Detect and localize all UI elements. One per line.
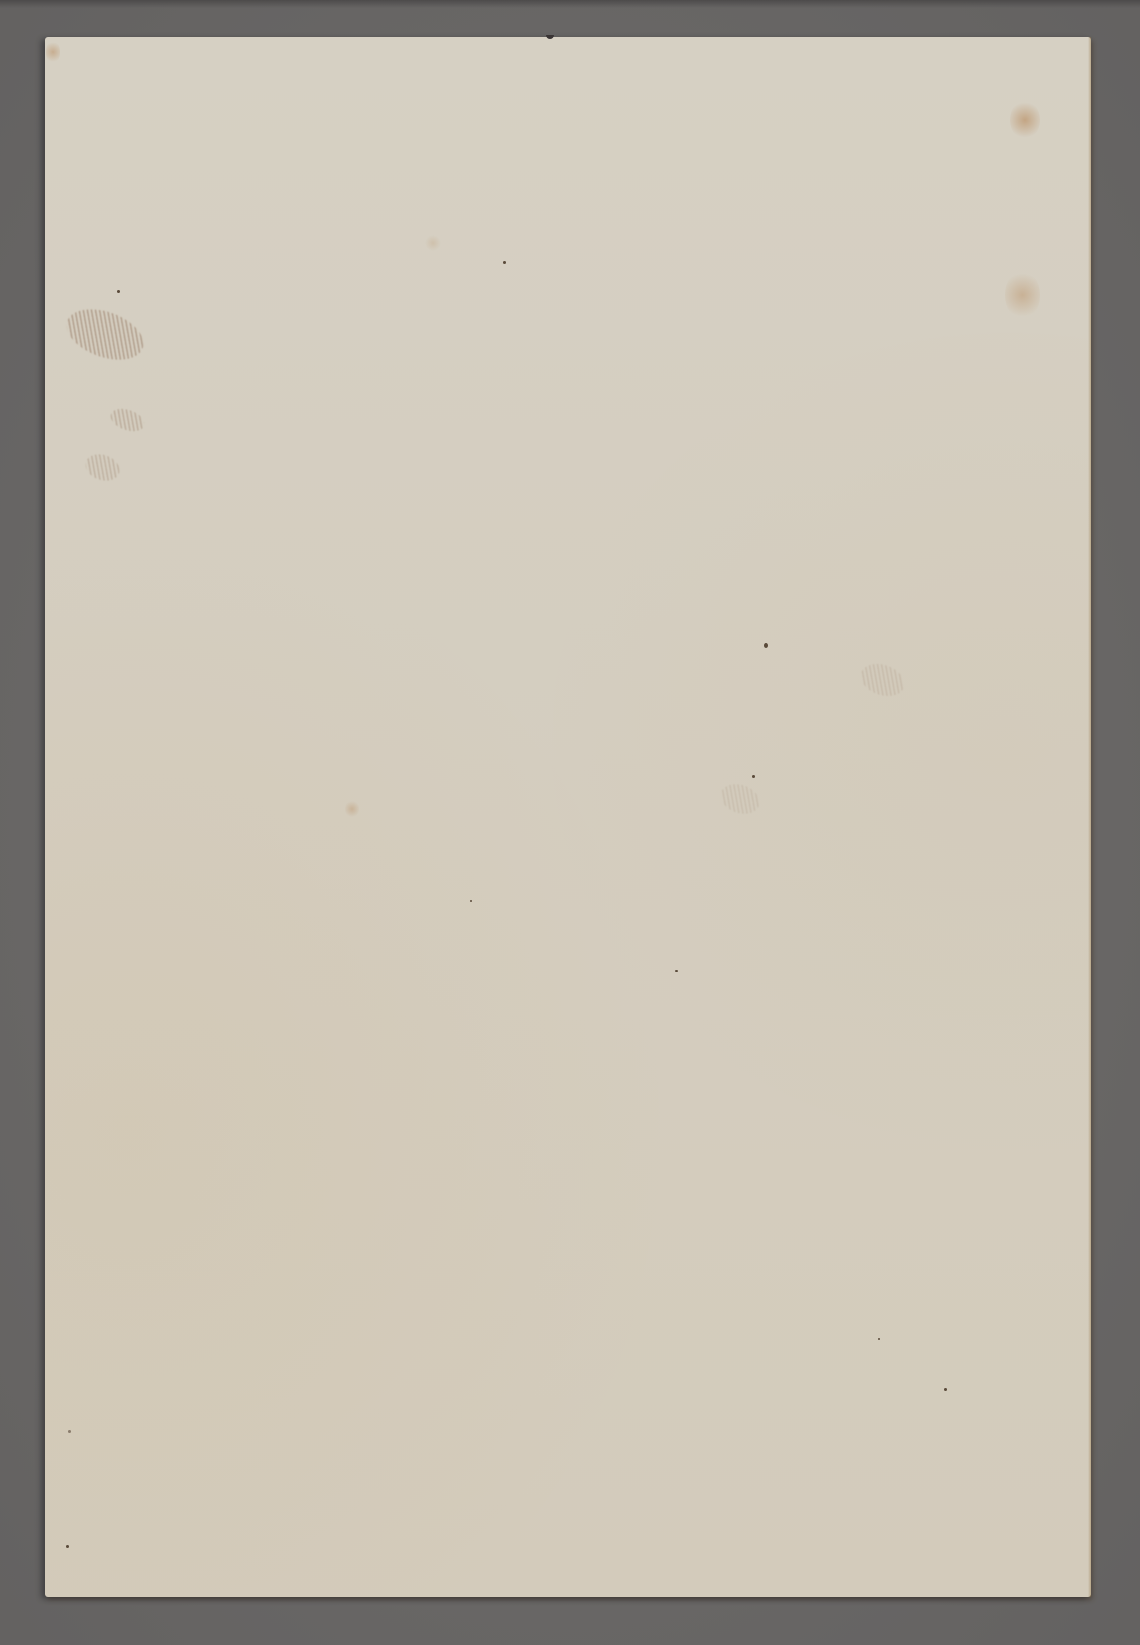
dark-speck [878,1338,880,1340]
dark-speck [503,261,506,264]
dark-speck [117,290,120,293]
foxing-spot [1005,270,1040,320]
foxing-spot [345,800,359,818]
foxing-spot [1010,100,1040,140]
dark-speck [470,900,472,902]
dark-speck [68,1430,71,1433]
foxing-spot [425,235,441,251]
foxing-spot [46,40,60,64]
dark-speck [752,775,755,778]
dark-speck [66,1545,69,1548]
dark-speck [764,643,768,648]
blank-paper-sheet [45,37,1091,1597]
dark-speck [944,1388,947,1391]
dark-speck [675,970,678,972]
